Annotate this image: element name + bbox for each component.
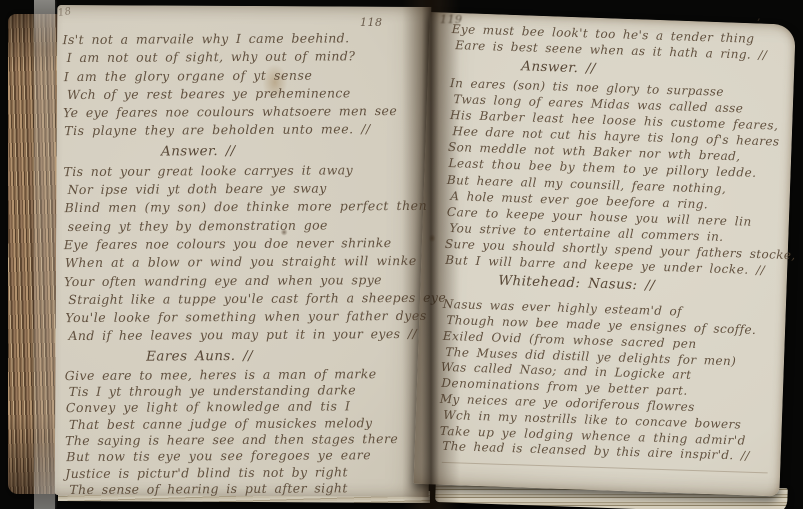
left-poem-eare: Give eare to mee, heres is a man of mark…: [65, 366, 418, 499]
manuscript-line: When at a blow or wind you straight will…: [64, 252, 416, 272]
manuscript-line: The sense of hearing is put after sight: [65, 480, 417, 498]
photo-background: 18 118 119 ’ Is't not a marvaile why I c…: [0, 0, 803, 509]
transparent-restraint-strap: [34, 0, 55, 509]
manuscript-line: Your often wandring eye and when you spy…: [64, 270, 416, 290]
left-poem-eye: Is't not a marvaile why I came beehind. …: [63, 29, 416, 141]
right-poem-nasus: Nasus was ever highly esteam'd of Though…: [438, 297, 779, 466]
manuscript-line: Tis not your great looke carryes it away: [63, 161, 415, 181]
manuscript-line: Is't not a marvaile why I came beehind.: [63, 29, 415, 49]
manuscript-line: seeing yt they by demonstration goe: [64, 216, 416, 236]
manuscript-line: Straight like a tuppe you'le cast forth …: [64, 289, 416, 309]
manuscript-line: You'le looke for something when your fat…: [64, 307, 416, 327]
left-page-corner-mark: 18: [57, 6, 72, 19]
left-poem-answer: Tis not your great looke carryes it away…: [63, 161, 416, 346]
section-heading-eares-answer: Eares Auns. //: [65, 346, 417, 367]
manuscript-line: Ye eye feares noe coulours whatsoere men…: [63, 102, 415, 122]
manuscript-line: Give eare to mee, heres is a man of mark…: [65, 366, 417, 384]
right-poem-answer: In eares (son) tis noe glory to surpasse…: [444, 75, 786, 279]
manuscript-line: Wch of ye rest beares ye preheminence: [63, 84, 415, 104]
manuscript-line: Blind men (my son) doe thinke more perfe…: [64, 197, 416, 217]
manuscript-line: I am not out of sight, why out of mind?: [63, 47, 415, 67]
section-heading-answer: Answer. //: [63, 141, 415, 162]
left-page-number: 118: [360, 16, 383, 29]
right-page-text: Eye must bee look't too he's a tender th…: [438, 22, 788, 474]
manuscript-line: Eye feares noe colours you doe never shr…: [64, 234, 416, 254]
left-page-text: Is't not a marvaile why I came beehind. …: [63, 29, 418, 498]
manuscript-line: But now tis eye you see foregoes ye eare: [65, 447, 417, 465]
manuscript-line: I am the glory organe of yt sense: [63, 66, 415, 86]
manuscript-line: And if hee leaves you may put it in your…: [64, 325, 416, 345]
right-page-corner-ink-mark: ’: [757, 18, 761, 29]
manuscript-line: Nor ipse vidi yt doth beare ye sway: [63, 179, 415, 199]
book-gutter-shadow: [402, 0, 460, 509]
manuscript-line: Tis playne they are beholden unto mee. /…: [63, 120, 415, 140]
